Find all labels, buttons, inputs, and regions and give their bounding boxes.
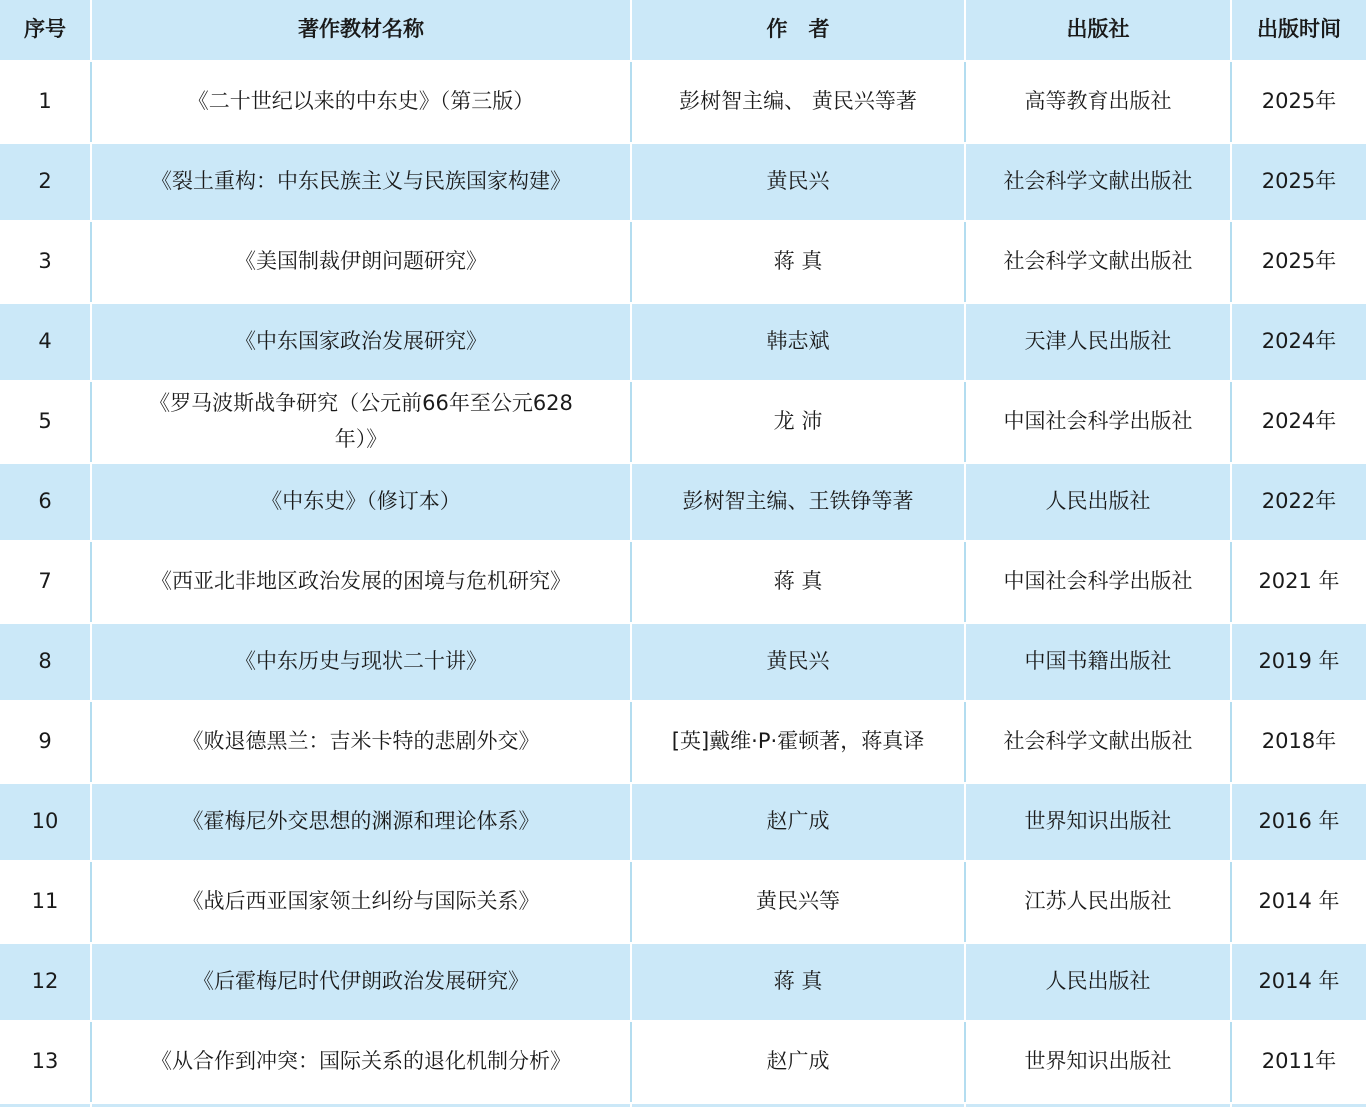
cell-publisher: 中国社会科学出版社 (966, 542, 1232, 622)
table-body: 1 《二十世纪以来的中东史》（第三版） 彭树智主编、 黄民兴等著 高等教育出版社… (0, 62, 1366, 1107)
table-row: 11 《战后西亚国家领土纠纷与国际关系》 黄民兴等 江苏人民出版社 2014 年 (0, 862, 1366, 942)
cell-year: 2014 年 (1232, 862, 1366, 942)
cell-title: 《西亚北非地区政治发展的困境与危机研究》 (92, 542, 632, 622)
cell-num: 6 (0, 462, 92, 542)
cell-num: 3 (0, 222, 92, 302)
cell-author: 蒋 真 (632, 222, 966, 302)
cell-year: 2024年 (1232, 302, 1366, 382)
partial-next-row (0, 1102, 1366, 1107)
cell-publisher: 社会科学文献出版社 (966, 702, 1232, 782)
cell-title: 《裂土重构：中东民族主义与民族国家构建》 (92, 142, 632, 222)
header-title: 著作教材名称 (92, 0, 632, 62)
cell-num: 9 (0, 702, 92, 782)
header-row: 序号 著作教材名称 作 者 出版社 出版时间 (0, 0, 1366, 62)
publications-table: 序号 著作教材名称 作 者 出版社 出版时间 1 《二十世纪以来的中东史》（第三… (0, 0, 1366, 1107)
cell-author: 蒋 真 (632, 942, 966, 1022)
cell-author: 黄民兴等 (632, 862, 966, 942)
header-year: 出版时间 (1232, 0, 1366, 62)
cell-title: 《败退德黑兰：吉米卡特的悲剧外交》 (92, 702, 632, 782)
cell-num: 10 (0, 782, 92, 862)
cell-title: 《中东史》（修订本） (92, 462, 632, 542)
table-row: 1 《二十世纪以来的中东史》（第三版） 彭树智主编、 黄民兴等著 高等教育出版社… (0, 62, 1366, 142)
cell-title: 《霍梅尼外交思想的渊源和理论体系》 (92, 782, 632, 862)
header-num: 序号 (0, 0, 92, 62)
cell-author: 赵广成 (632, 782, 966, 862)
table-row: 6 《中东史》（修订本） 彭树智主编、王铁铮等著 人民出版社 2022年 (0, 462, 1366, 542)
cell-num: 7 (0, 542, 92, 622)
table-row: 5 《罗马波斯战争研究（公元前66年至公元628年）》 龙 沛 中国社会科学出版… (0, 382, 1366, 462)
header-publisher: 出版社 (966, 0, 1232, 62)
table-row: 3 《美国制裁伊朗问题研究》 蒋 真 社会科学文献出版社 2025年 (0, 222, 1366, 302)
cell-title: 《美国制裁伊朗问题研究》 (92, 222, 632, 302)
cell-title: 《从合作到冲突：国际关系的退化机制分析》 (92, 1022, 632, 1102)
partial-cell (966, 1102, 1232, 1107)
cell-publisher: 人民出版社 (966, 462, 1232, 542)
table-row: 10 《霍梅尼外交思想的渊源和理论体系》 赵广成 世界知识出版社 2016 年 (0, 782, 1366, 862)
cell-publisher: 人民出版社 (966, 942, 1232, 1022)
cell-author: [英]戴维·P·霍顿著，蒋真译 (632, 702, 966, 782)
cell-num: 5 (0, 382, 92, 462)
cell-publisher: 江苏人民出版社 (966, 862, 1232, 942)
cell-publisher: 世界知识出版社 (966, 782, 1232, 862)
table-header: 序号 著作教材名称 作 者 出版社 出版时间 (0, 0, 1366, 62)
cell-year: 2019 年 (1232, 622, 1366, 702)
partial-cell (92, 1102, 632, 1107)
cell-year: 2025年 (1232, 142, 1366, 222)
table-row: 12 《后霍梅尼时代伊朗政治发展研究》 蒋 真 人民出版社 2014 年 (0, 942, 1366, 1022)
cell-publisher: 世界知识出版社 (966, 1022, 1232, 1102)
cell-title: 《二十世纪以来的中东史》（第三版） (92, 62, 632, 142)
table-row: 4 《中东国家政治发展研究》 韩志斌 天津人民出版社 2024年 (0, 302, 1366, 382)
cell-year: 2021 年 (1232, 542, 1366, 622)
cell-author: 黄民兴 (632, 622, 966, 702)
cell-num: 8 (0, 622, 92, 702)
cell-publisher: 中国书籍出版社 (966, 622, 1232, 702)
cell-year: 2025年 (1232, 62, 1366, 142)
table-row: 8 《中东历史与现状二十讲》 黄民兴 中国书籍出版社 2019 年 (0, 622, 1366, 702)
table-row: 9 《败退德黑兰：吉米卡特的悲剧外交》 [英]戴维·P·霍顿著，蒋真译 社会科学… (0, 702, 1366, 782)
cell-author: 黄民兴 (632, 142, 966, 222)
table-row: 13 《从合作到冲突：国际关系的退化机制分析》 赵广成 世界知识出版社 2011… (0, 1022, 1366, 1102)
cell-title: 《罗马波斯战争研究（公元前66年至公元628年）》 (92, 382, 632, 462)
cell-year: 2025年 (1232, 222, 1366, 302)
cell-title: 《中东历史与现状二十讲》 (92, 622, 632, 702)
table-row: 2 《裂土重构：中东民族主义与民族国家构建》 黄民兴 社会科学文献出版社 202… (0, 142, 1366, 222)
header-author: 作 者 (632, 0, 966, 62)
partial-cell (1232, 1102, 1366, 1107)
cell-title: 《中东国家政治发展研究》 (92, 302, 632, 382)
cell-publisher: 高等教育出版社 (966, 62, 1232, 142)
cell-year: 2016 年 (1232, 782, 1366, 862)
cell-author: 蒋 真 (632, 542, 966, 622)
cell-publisher: 中国社会科学出版社 (966, 382, 1232, 462)
cell-year: 2018年 (1232, 702, 1366, 782)
cell-num: 13 (0, 1022, 92, 1102)
partial-cell (632, 1102, 966, 1107)
cell-author: 彭树智主编、 黄民兴等著 (632, 62, 966, 142)
cell-year: 2011年 (1232, 1022, 1366, 1102)
cell-author: 赵广成 (632, 1022, 966, 1102)
cell-publisher: 天津人民出版社 (966, 302, 1232, 382)
cell-title: 《后霍梅尼时代伊朗政治发展研究》 (92, 942, 632, 1022)
cell-publisher: 社会科学文献出版社 (966, 222, 1232, 302)
cell-author: 龙 沛 (632, 382, 966, 462)
cell-author: 彭树智主编、王铁铮等著 (632, 462, 966, 542)
cell-year: 2024年 (1232, 382, 1366, 462)
partial-cell (0, 1102, 92, 1107)
cell-year: 2022年 (1232, 462, 1366, 542)
cell-author: 韩志斌 (632, 302, 966, 382)
cell-year: 2014 年 (1232, 942, 1366, 1022)
cell-publisher: 社会科学文献出版社 (966, 142, 1232, 222)
cell-num: 4 (0, 302, 92, 382)
cell-num: 1 (0, 62, 92, 142)
cell-num: 11 (0, 862, 92, 942)
cell-title: 《战后西亚国家领土纠纷与国际关系》 (92, 862, 632, 942)
table-row: 7 《西亚北非地区政治发展的困境与危机研究》 蒋 真 中国社会科学出版社 202… (0, 542, 1366, 622)
cell-num: 2 (0, 142, 92, 222)
cell-num: 12 (0, 942, 92, 1022)
